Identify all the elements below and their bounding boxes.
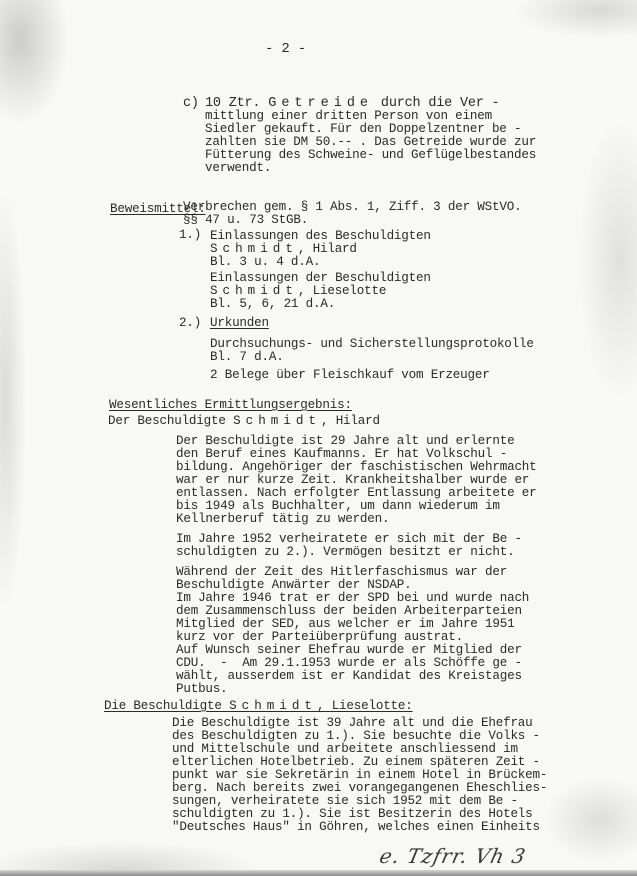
p4-line: "Deutsches Haus" in Göhren, welches eine… — [172, 821, 540, 834]
first-name: , Hilard — [298, 242, 357, 256]
beweis-item2-line2: Bl. 7 d.A. — [210, 351, 284, 364]
spaced-name: Schmidt — [233, 414, 321, 428]
p3-line: Putbus. — [176, 683, 228, 696]
beweis-item1-label: 1.) — [179, 229, 201, 242]
beweis-item2-line3: 2 Belege über Fleischkauf vom Erzeuger — [210, 369, 490, 382]
p2-line: schuldigten zu 2.). Vermögen besitzt er … — [176, 546, 514, 559]
spaced-name: Schmidt — [210, 242, 298, 256]
first-name: , Lieselotte — [298, 284, 386, 298]
spaced-name: Schmidt — [229, 699, 317, 713]
beweis-item2-heading: Urkunden — [210, 317, 269, 330]
document-page: - 2 - c) 10 Ztr. Getreide durch die Ver … — [0, 0, 637, 876]
beweis-item1-a-ref: Bl. 3 u. 4 d.A. — [210, 256, 320, 269]
item-c-label: c) — [183, 97, 199, 110]
beweismittel-heading: Beweismittel: — [110, 203, 206, 216]
heading-prefix: Der Beschuldigte — [108, 414, 233, 428]
first-name: , Lieselotte: — [317, 699, 413, 713]
beweis-item2-label: 2.) — [179, 317, 201, 330]
person2-heading: Die Beschuldigte Schmidt, Lieselotte: — [104, 700, 413, 713]
spaced-name: Schmidt — [210, 284, 298, 298]
p3-line: wählt, ausserdem ist er Kandidat des Kre… — [176, 670, 522, 683]
item-c-line-6: verwendt. — [205, 162, 271, 175]
handwritten-signature: e. Tzfrr. Vh 3 — [377, 844, 528, 868]
beweis-item1-b-ref: Bl. 5, 6, 21 d.A. — [210, 298, 335, 311]
person1-heading: Der Beschuldigte Schmidt, Hilard — [108, 415, 380, 428]
page-bottom-edge — [0, 870, 637, 876]
p1-line: Kellnerberuf tätig zu werden. — [176, 513, 389, 526]
page-number: - 2 - — [265, 43, 306, 56]
first-name: , Hilard — [321, 414, 380, 428]
ermittlung-heading: Wesentliches Ermittlungsergebnis: — [109, 399, 352, 412]
heading-prefix: Die Beschuldigte — [104, 699, 229, 713]
